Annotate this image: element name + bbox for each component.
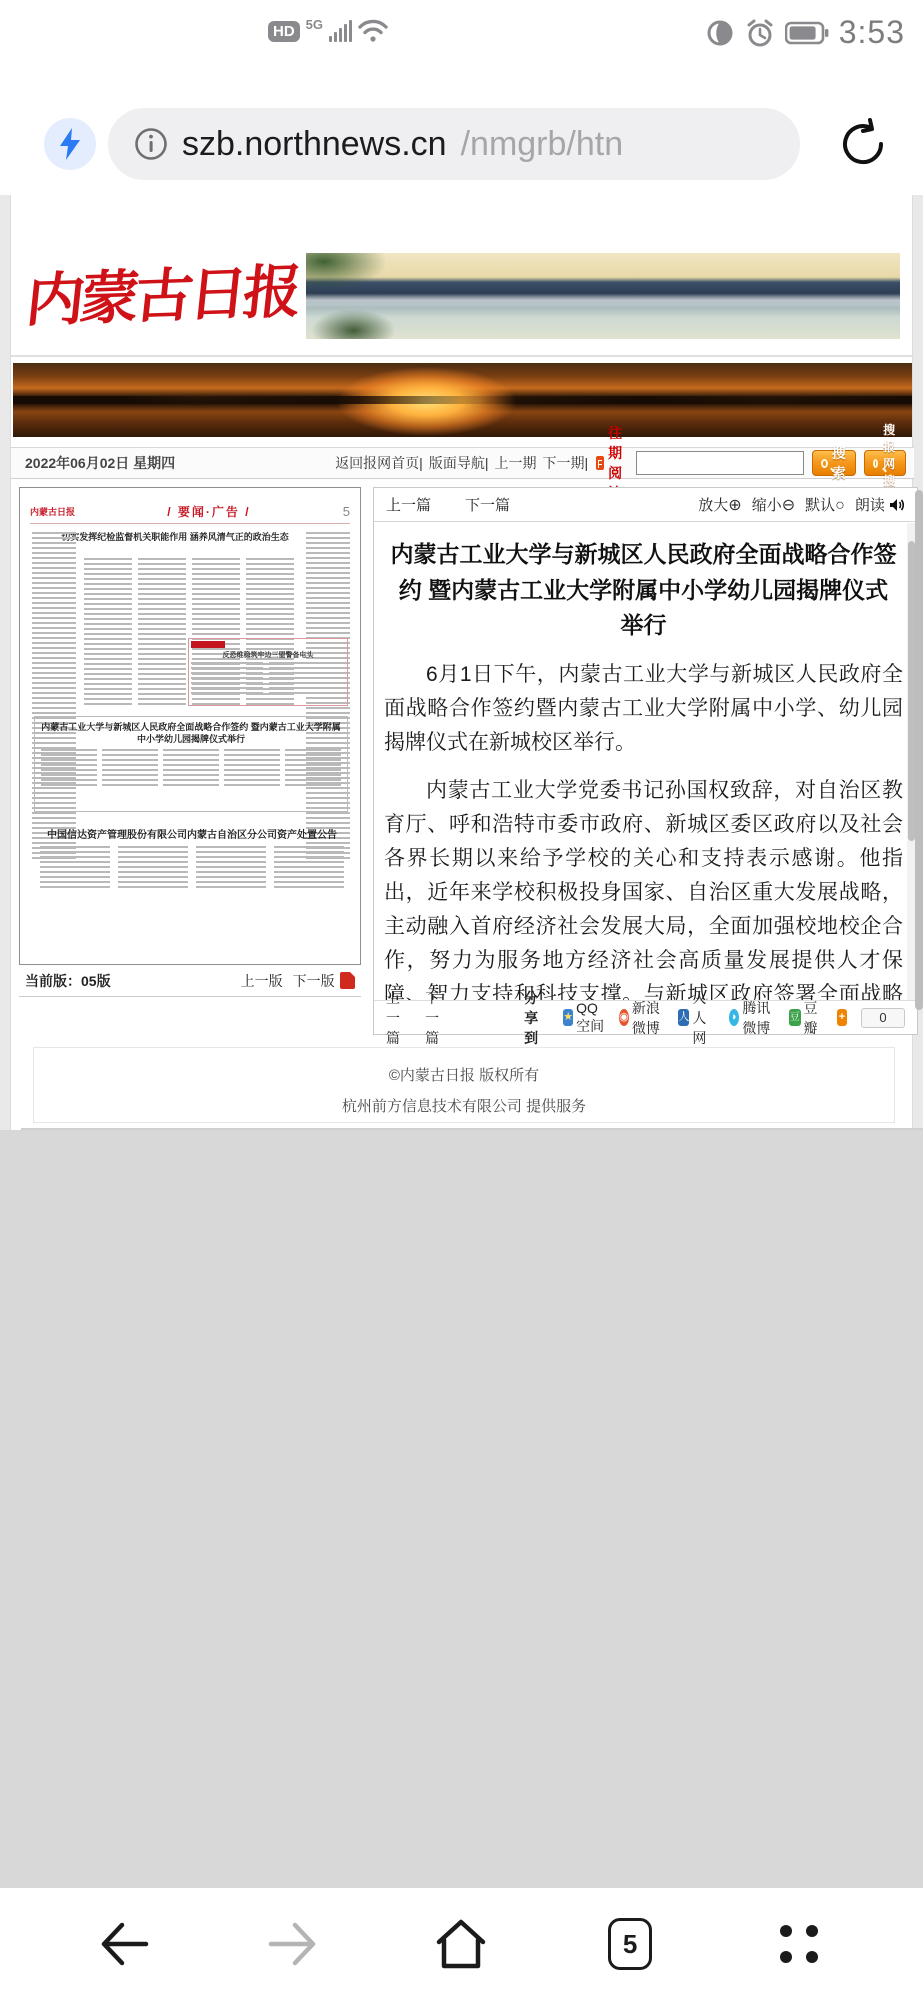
qzone-icon: ★ [563,1009,573,1026]
masthead: 内蒙古日报 [11,253,914,348]
issue-date: 2022年06月02日 星期四 [25,453,175,473]
share-douban-button[interactable]: 豆豆瓣 [789,998,823,1038]
newspaper-page-thumbnail[interactable]: 内蒙古日报 / 要闻·广告 / 5 切实发挥纪检监督机关职能作用 涵养风清气正的… [19,487,361,965]
empty-background [0,1130,923,1888]
thumb-page-number: 5 [343,504,350,519]
page-thumbnail-panel: 内蒙古日报 / 要闻·广告 / 5 切实发挥纪检监督机关职能作用 涵养风清气正的… [19,487,361,997]
zoom-out-button[interactable]: 缩小⊖ [752,494,795,515]
next-article-link[interactable]: 下一篇 [465,494,510,515]
zoom-in-icon: ⊕ [728,497,741,514]
article-panel: 上一篇 下一篇 放大⊕ 缩小⊖ 默认○ 朗读 [373,487,918,1035]
refresh-button[interactable] [833,114,893,174]
battery-icon [785,21,829,45]
forward-arrow-icon [267,1921,319,1967]
prev-page-link[interactable]: 上一版 [241,971,283,991]
status-right-group: 3:53 [705,14,905,51]
article-title: 内蒙古工业大学与新城区人民政府全面战略合作签约 暨内蒙古工业大学附属中小学幼儿园… [390,537,897,644]
address-bar[interactable]: szb.northnews.cn/nmgrb/htn [108,108,800,180]
browser-scrollbar-thumb[interactable] [915,490,923,1010]
url-domain: szb.northnews.cn [182,125,447,164]
current-page-label: 当前版：05版 [25,971,111,991]
magnifier-icon [821,459,828,468]
next-issue-link[interactable]: 下一期| [542,453,588,473]
clock-time: 3:53 [839,14,905,51]
share-count-badge: 0 [861,1008,905,1028]
prev-article-link-bottom[interactable]: 上一篇 [386,988,411,1048]
share-tencent-weibo-button[interactable]: ◗腾讯微博 [729,998,774,1038]
renren-icon: 人 [678,1009,689,1026]
masthead-divider [11,355,914,357]
copyright-line: ©内蒙古日报 版权所有 [34,1064,894,1085]
thumb-headline-2: 中国信达资产管理股份有限公司内蒙古自治区分公司资产处置公告 [40,826,344,841]
more-share-button[interactable]: + [837,1009,847,1026]
thumb-header: 内蒙古日报 / 要闻·广告 / 5 [30,500,350,524]
share-qzone-button[interactable]: ★QQ空间 [563,1000,605,1036]
article-toolbar: 上一篇 下一篇 放大⊕ 缩小⊖ 默认○ 朗读 [374,488,917,522]
menu-button[interactable] [769,1914,829,1974]
tencent-weibo-icon: ◗ [729,1009,739,1026]
pdf-icon[interactable] [340,972,355,989]
zoom-out-icon: ⊖ [782,497,795,514]
share-bar: 上一篇 下一篇 分享到 ★QQ空间 ◉新浪微博 人人人网 ◗腾讯微博 豆豆瓣 +… [374,1000,917,1034]
signal-bars-icon [329,20,352,42]
status-left-group: HD 5G [268,18,388,44]
page-content: 内蒙古日报 2022年06月02日 星期四 返回报网首页| 版面导航| 上一期 … [10,195,913,1130]
refresh-icon [837,118,889,170]
back-button[interactable] [94,1914,154,1974]
prev-article-link[interactable]: 上一篇 [386,494,431,515]
article-paragraph-1: 6月1日下午，内蒙古工业大学与新城区人民政府全面战略合作签约暨内蒙古工业大学附属… [384,658,903,760]
browser-bottom-nav: 5 [0,1888,923,2000]
home-link[interactable]: 返回报网首页| [335,453,423,473]
page-info-icon[interactable] [134,127,168,161]
thumb-headline-1: 切实发挥纪检监督机关职能作用 涵养风清气正的政治生态 [60,532,290,544]
status-bar: HD 5G [0,0,923,72]
zoom-in-button[interactable]: 放大⊕ [698,494,741,515]
newspaper-logo[interactable]: 内蒙古日报 [21,244,302,348]
article-paragraph-2: 内蒙古工业大学党委书记孙国权致辞，对自治区教育厅、呼和浩特市委市政府、新城区委区… [384,774,903,1001]
browser-url-row: szb.northnews.cn/nmgrb/htn [0,100,923,190]
webpage-viewport: 内蒙古日报 2022年06月02日 星期四 返回报网首页| 版面导航| 上一期 … [0,195,923,1130]
issue-nav-links: 返回报网首页| 版面导航| 上一期 下一期| [335,453,588,473]
lightning-icon [57,127,83,161]
next-page-link[interactable]: 下一版 [293,971,335,991]
prev-issue-link[interactable]: 上一期 [494,453,536,473]
date-nav-bar: 2022年06月02日 星期四 返回报网首页| 版面导航| 上一期 下一期| 往… [11,447,914,479]
quick-access-button[interactable] [44,118,96,170]
back-arrow-icon [98,1921,150,1967]
thumb-boxed-notice: 反恐维稳筑牢边三盟警备电头 [188,638,348,706]
alarm-icon [745,18,775,48]
default-size-button[interactable]: 默认○ [805,494,845,515]
article-scrollbar-thumb[interactable] [908,541,915,841]
sina-weibo-icon: ◉ [619,1009,629,1026]
eye-comfort-icon [705,18,735,48]
home-icon [434,1918,488,1970]
tabs-button[interactable]: 5 [600,1914,660,1974]
search-input[interactable] [636,451,804,475]
douban-icon: 豆 [789,1009,801,1026]
forward-button[interactable] [263,1914,323,1974]
thumb-red-tag [191,641,225,648]
sunset-banner-photo [13,363,912,437]
article-body: 内蒙古工业大学与新城区人民政府全面战略合作签约 暨内蒙古工业大学附属中小学幼儿园… [384,523,903,1001]
share-sina-weibo-button[interactable]: ◉新浪微博 [619,998,664,1038]
site-footer: ©内蒙古日报 版权所有 杭州前方信息技术有限公司 提供服务 [33,1047,895,1123]
phone-screen: HD 5G [0,0,923,2000]
share-renren-button[interactable]: 人人人网 [678,988,715,1048]
home-button[interactable] [431,1914,491,1974]
search-group: 搜 索 搜报网搜索 [636,450,906,476]
masthead-photo [306,253,900,339]
next-article-link-bottom[interactable]: 下一篇 [425,988,450,1048]
default-size-icon: ○ [835,497,845,514]
thumb-section-tag: / 要闻·广告 / [167,503,250,520]
network-type-label: 5G [306,17,323,32]
magnifier-icon [873,459,878,468]
wifi-icon [358,18,388,44]
hd-badge: HD [268,21,300,42]
search-button[interactable]: 搜 索 [812,450,856,476]
provider-line: 杭州前方信息技术有限公司 提供服务 [34,1095,894,1116]
thumbnail-pager: 当前版：05版 上一版 下一版 [19,965,361,997]
menu-dots-icon [780,1925,818,1963]
tab-count-badge: 5 [608,1918,652,1970]
thumb-mini-logo: 内蒙古日报 [30,505,75,518]
thumb-article-box[interactable]: 内蒙古工业大学与新城区人民政府全面战略合作签约 暨内蒙古工业大学附属中小学幼儿园… [34,716,348,812]
read-aloud-button[interactable]: 朗读 [855,494,905,515]
site-search-button[interactable]: 搜报网搜索 [864,450,906,476]
url-path: /nmgrb/htn [461,125,624,164]
browser-scrollbar[interactable] [915,490,923,1010]
share-to-label: 分享到 [524,988,549,1048]
speaker-icon [889,498,905,512]
calendar-icon[interactable] [596,456,604,470]
layout-nav-link[interactable]: 版面导航| [429,453,489,473]
